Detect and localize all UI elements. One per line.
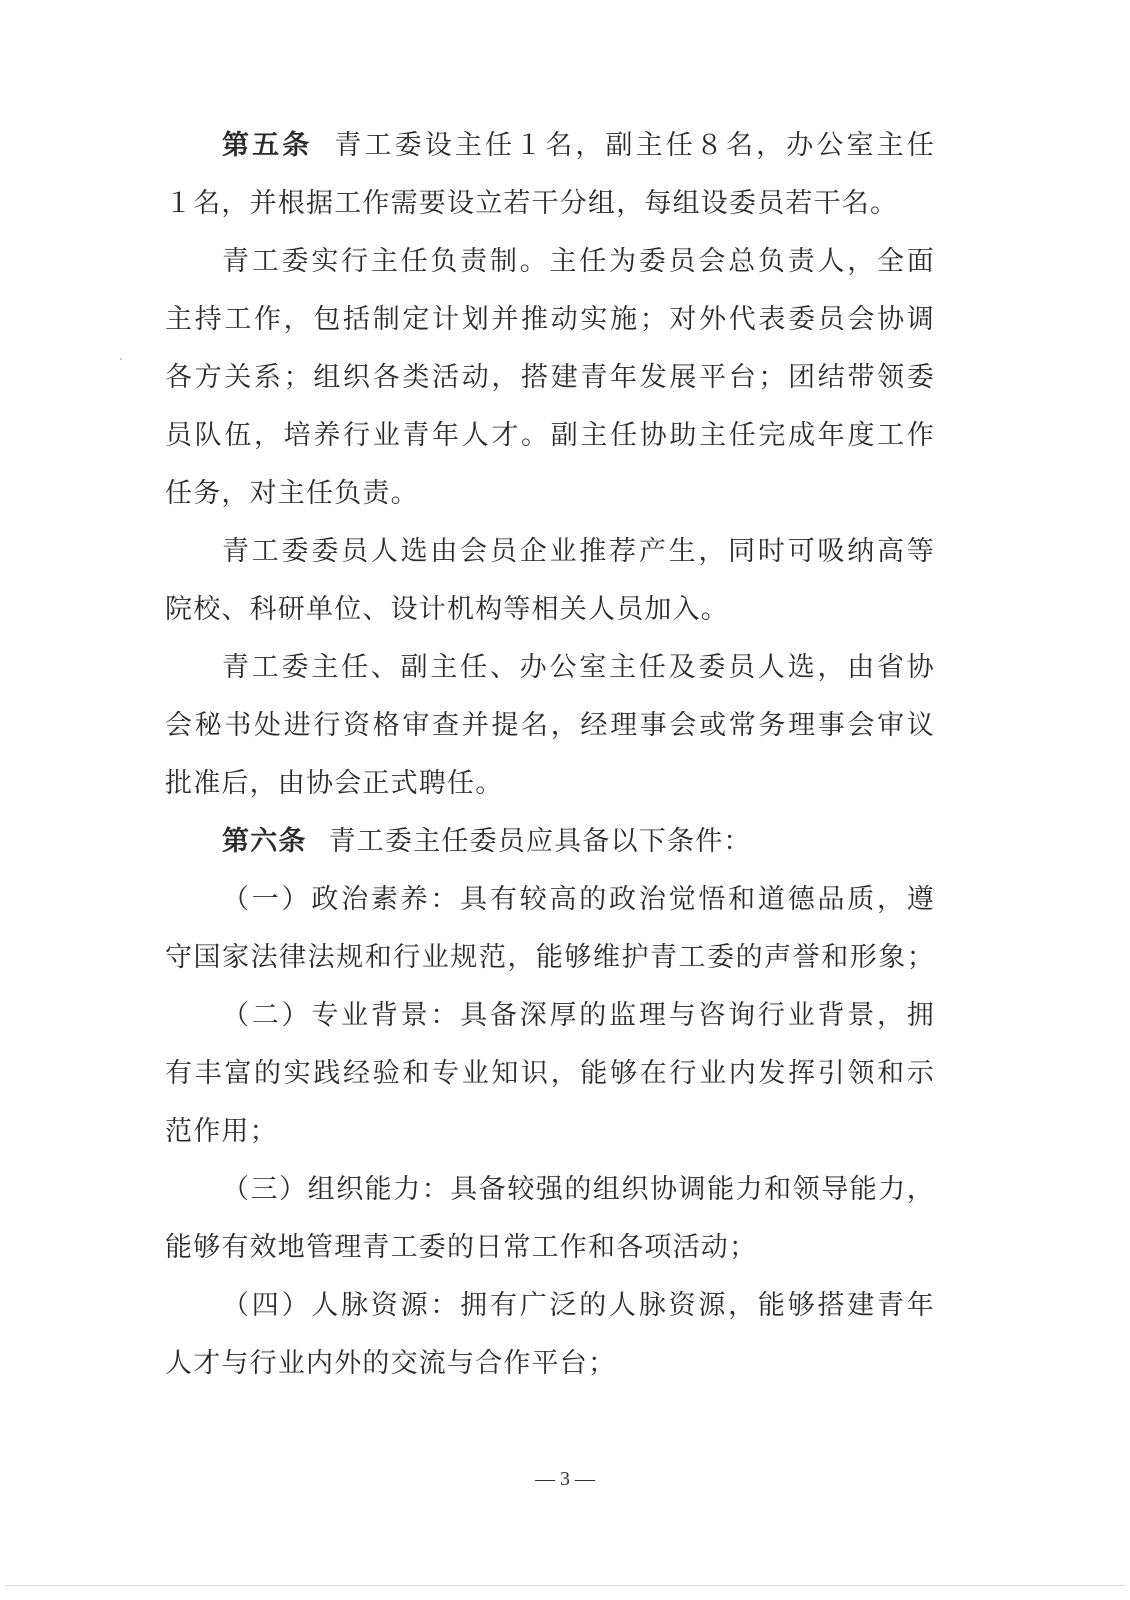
- item-2-line-1: （二）专业背景：具备深厚的监理与咨询行业背景，拥: [222, 1000, 935, 1032]
- paragraph-1-line-1: 青工委实行主任负责制。主任为委员会总负责人，全面: [222, 246, 935, 278]
- item-1-line-2: 守国家法律法规和行业规范，能够维护青工委的声誉和形象；: [165, 942, 935, 974]
- text-span: 青工委设主任１名，副主任８名，办公室主任: [334, 130, 935, 161]
- paragraph-3-line-2: 会秘书处进行资格审查并提名，经理事会或常务理事会审议: [165, 710, 935, 742]
- item-3-line-2: 能够有效地管理青工委的日常工作和各项活动；: [165, 1232, 935, 1264]
- article-6-label: 第六条: [222, 826, 307, 857]
- item-3-line-1: （三）组织能力：具备较强的组织协调能力和领导能力，: [222, 1174, 935, 1206]
- item-4-line-1: （四）人脉资源：拥有广泛的人脉资源，能够搭建青年: [222, 1290, 935, 1322]
- article-6-intro: 第六条青工委主任委员应具备以下条件：: [222, 826, 935, 858]
- item-4-line-2: 人才与行业内外的交流与合作平台；: [165, 1348, 935, 1380]
- paragraph-3-line-3: 批准后，由协会正式聘任。: [165, 768, 935, 800]
- document-page: 第五条青工委设主任１名，副主任８名，办公室主任 １名，并根据工作需要设立若干分组…: [0, 0, 1130, 1600]
- article-5-line-1: 第五条青工委设主任１名，副主任８名，办公室主任: [222, 130, 935, 162]
- article-5-line-2: １名，并根据工作需要设立若干分组，每组设委员若干名。: [165, 188, 935, 220]
- scan-speck: [120, 358, 122, 360]
- paragraph-1-line-3: 各方关系；组织各类活动，搭建青年发展平台；团结带领委: [165, 362, 935, 394]
- paragraph-1-line-2: 主持工作，包括制定计划并推动实施；对外代表委员会协调: [165, 304, 935, 336]
- text-span: 青工委主任委员应具备以下条件：: [329, 826, 752, 857]
- page-number: — 3 —: [0, 1468, 1130, 1491]
- item-2-line-2: 有丰富的实践经验和专业知识，能够在行业内发挥引领和示: [165, 1058, 935, 1090]
- paragraph-2-line-2: 院校、科研单位、设计机构等相关人员加入。: [165, 594, 935, 626]
- paragraph-3-line-1: 青工委主任、副主任、办公室主任及委员人选，由省协: [222, 652, 935, 684]
- article-5-label: 第五条: [222, 130, 312, 161]
- paragraph-1-line-4: 员队伍，培养行业青年人才。副主任协助主任完成年度工作: [165, 420, 935, 452]
- paragraph-1-line-5: 任务，对主任负责。: [165, 478, 935, 510]
- scan-edge-line: [5, 1585, 1125, 1586]
- item-1-line-1: （一）政治素养：具有较高的政治觉悟和道德品质，遵: [222, 884, 935, 916]
- item-2-line-3: 范作用；: [165, 1116, 935, 1148]
- paragraph-2-line-1: 青工委委员人选由会员企业推荐产生，同时可吸纳高等: [222, 536, 935, 568]
